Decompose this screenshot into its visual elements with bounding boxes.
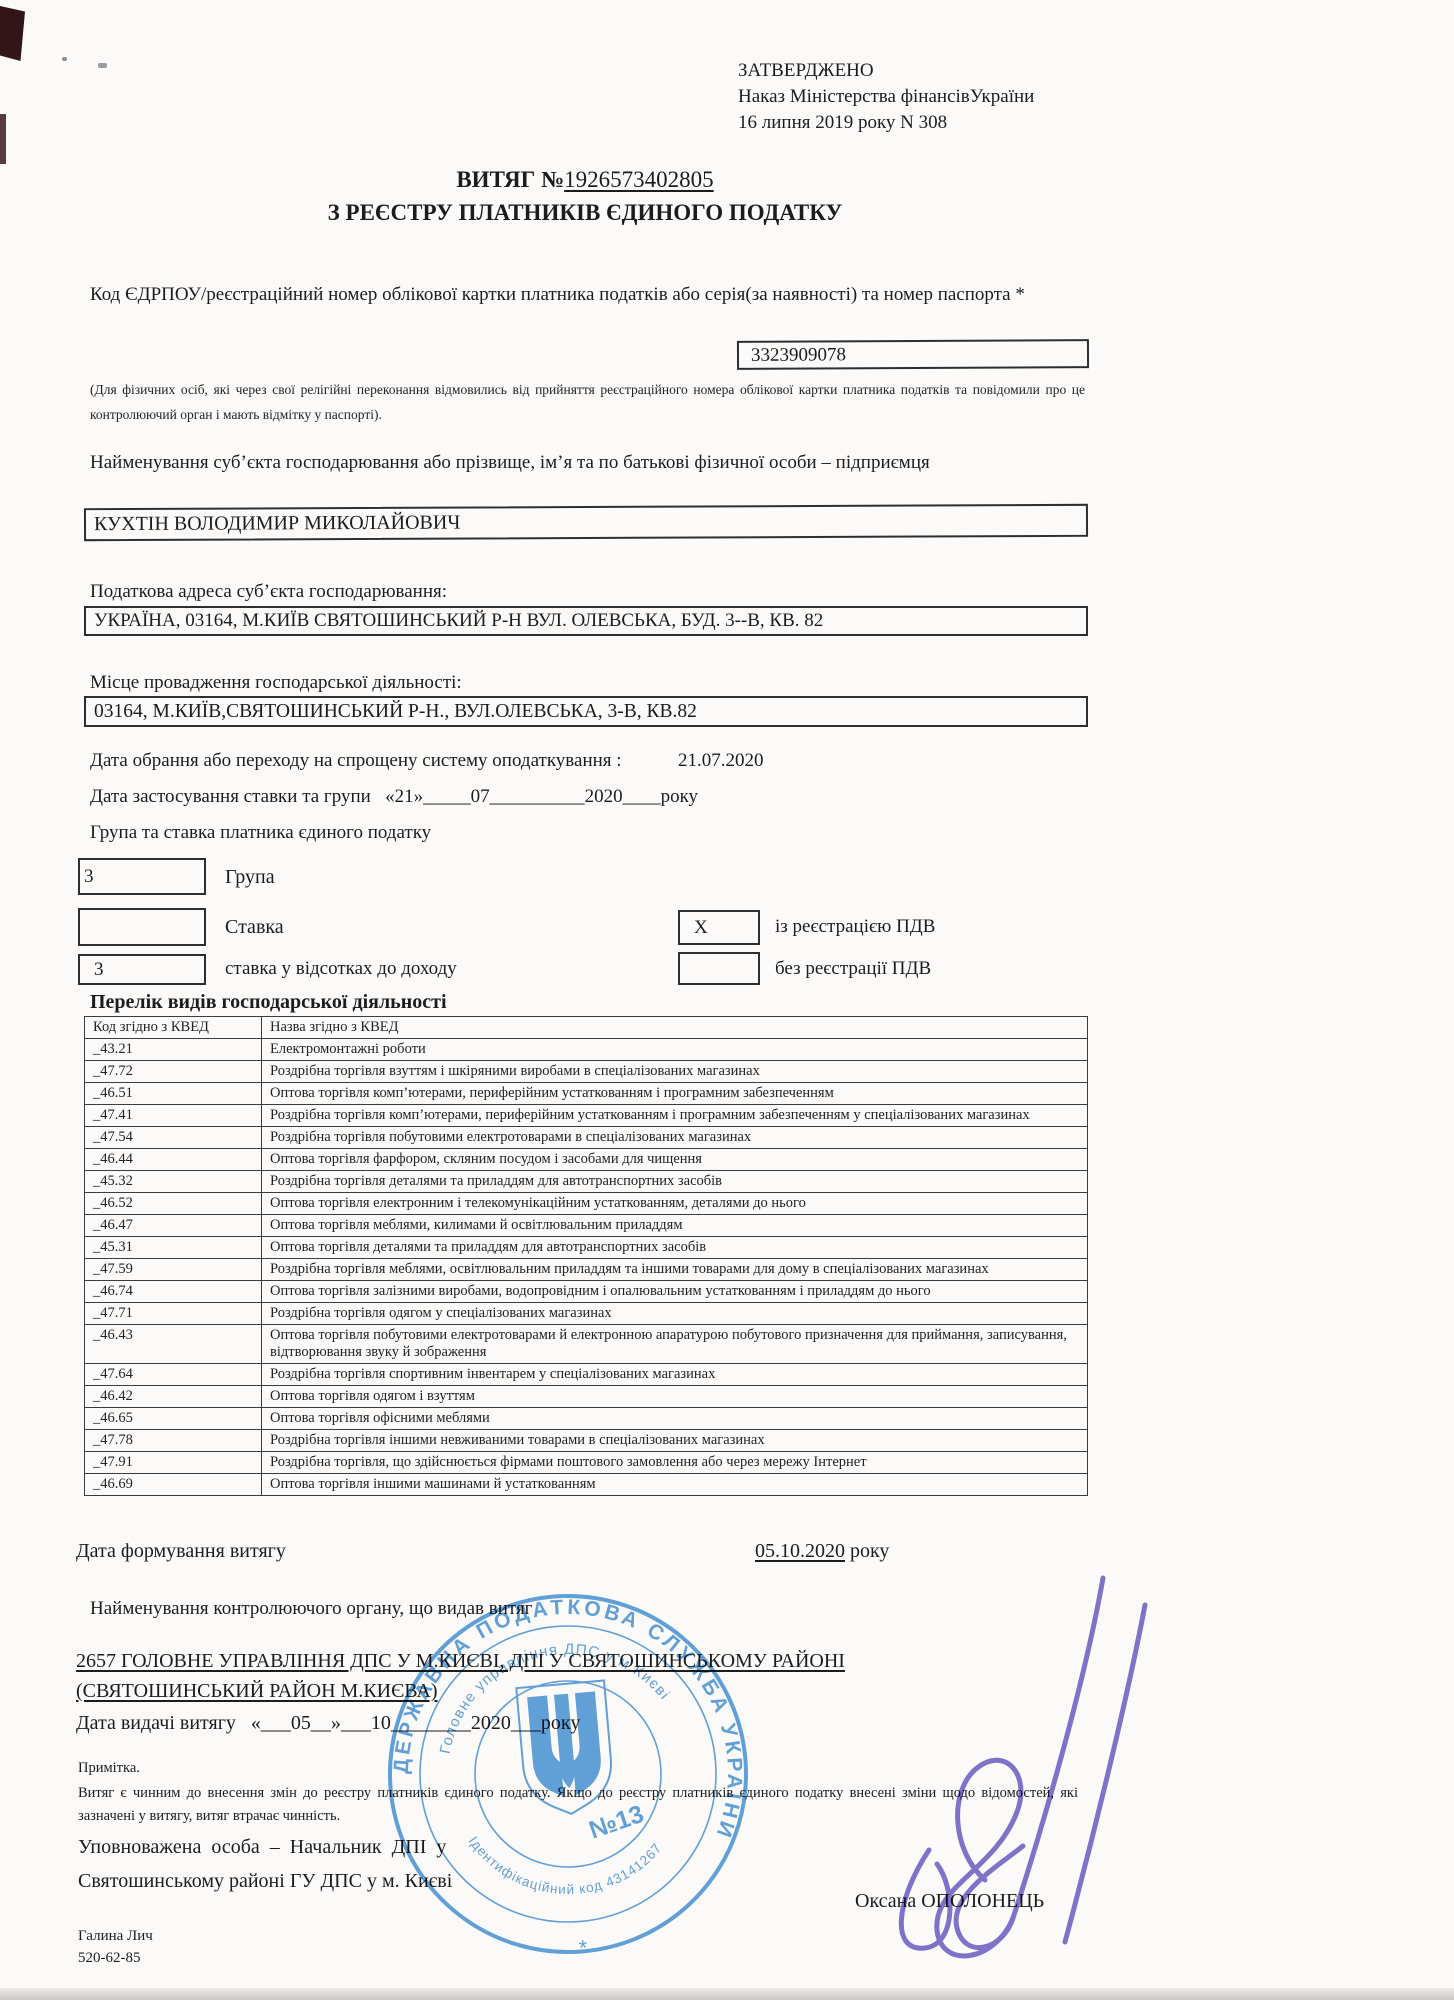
tax-office-stamp: ДЕРЖАВНА ПОДАТКОВА СЛУЖБА УКРАЇНИ Головн… — [366, 1572, 769, 1975]
kved-row: _46.52Оптова торгівля електронним і теле… — [85, 1193, 1088, 1215]
rate-date-label: Дата застосування ставки та групи — [90, 786, 371, 807]
title-prefix: ВИТЯГ № — [456, 167, 564, 192]
kved-name-cell: Оптова торгівля деталями та приладдям дл… — [262, 1237, 1088, 1259]
subject-label: Найменування суб’єкта господарювання або… — [90, 452, 930, 474]
business-place-label: Місце провадження господарської діяльнос… — [90, 672, 462, 694]
stamp-star: * — [578, 1935, 589, 1961]
kved-name-cell: Оптова торгівля іншими машинами й устатк… — [262, 1474, 1088, 1496]
kved-row: _46.69Оптова торгівля іншими машинами й … — [85, 1474, 1088, 1496]
scan-artifact — [0, 1988, 1454, 2000]
edrpou-value: 3323909078 — [751, 344, 846, 366]
kved-name-cell: Оптова торгівля меблями, килимами й осві… — [262, 1215, 1088, 1237]
rate-date-value: «21»_____07__________2020____року — [385, 786, 698, 807]
kved-row: _45.32Роздрібна торгівля деталями та при… — [85, 1171, 1088, 1193]
tax-address-box: УКРАЇНА, 03164, М.КИЇВ СВЯТОШИНСЬКИЙ Р-Н… — [84, 606, 1088, 636]
edrpou-note: (Для фізичних осіб, які через свої реліг… — [90, 377, 1085, 427]
kved-name-cell: Роздрібна торгівля деталями та приладдям… — [262, 1171, 1088, 1193]
approval-line2: Наказ Міністерства фінансівУкраїни — [738, 84, 1034, 110]
kved-code-cell: _46.52 — [85, 1193, 262, 1215]
kved-name-cell: Роздрібна торгівля взуттям і шкіряними в… — [262, 1061, 1088, 1083]
group-value: 3 — [84, 866, 94, 888]
kved-row: _46.47Оптова торгівля меблями, килимами … — [85, 1215, 1088, 1237]
kved-table-body: _43.21Електромонтажні роботи_47.72Роздрі… — [85, 1039, 1088, 1496]
rate-value-box — [78, 908, 206, 946]
kved-name-cell: Оптова торгівля комп’ютерами, периферійн… — [262, 1083, 1088, 1105]
percent-value-box: 3 — [78, 954, 206, 985]
kved-code-cell: _47.64 — [85, 1364, 262, 1386]
activities-table-wrap: Код згідно з КВЕД Назва згідно з КВЕД _4… — [84, 1016, 1088, 1496]
title-number: 1926573402805 — [564, 167, 714, 192]
kved-code-cell: _47.91 — [85, 1452, 262, 1474]
document-title: ВИТЯГ №1926573402805 З РЕЄСТРУ ПЛАТНИКІВ… — [85, 163, 1085, 229]
kved-name-cell: Оптова торгівля електронним і телекомуні… — [262, 1193, 1088, 1215]
kved-name-cell: Оптова торгівля одягом і взуттям — [262, 1386, 1088, 1408]
kved-row: _47.71Роздрібна торгівля одягом у спеціа… — [85, 1303, 1088, 1325]
kved-row: _46.43Оптова торгівля побутовими електро… — [85, 1325, 1088, 1364]
kved-code-cell: _43.21 — [85, 1039, 262, 1061]
kved-code-cell: _46.43 — [85, 1325, 262, 1364]
percent-value: 3 — [94, 959, 104, 981]
kved-row: _47.78Роздрібна торгівля іншими невживан… — [85, 1430, 1088, 1452]
note-title: Примітка. — [78, 1760, 140, 1777]
kved-code-cell: _46.69 — [85, 1474, 262, 1496]
activities-title: Перелік видів господарської діяльності — [90, 991, 447, 1014]
scan-artifact — [98, 63, 107, 68]
kved-name-cell: Роздрібна торгівля спортивним інвентарем… — [262, 1364, 1088, 1386]
group-label: Група — [225, 866, 275, 889]
kved-code-cell: _46.47 — [85, 1215, 262, 1237]
handwritten-signature — [845, 1550, 1215, 1980]
kved-row: _47.91Роздрібна торгівля, що здійснюєтьс… — [85, 1452, 1088, 1474]
kved-row: _47.64Роздрібна торгівля спортивним інве… — [85, 1364, 1088, 1386]
kved-code-cell: _46.44 — [85, 1149, 262, 1171]
kved-name-header: Назва згідно з КВЕД — [262, 1017, 1088, 1039]
scan-artifact — [0, 114, 6, 164]
edrpou-label: Код ЄДРПОУ/реєстраційний номер облікової… — [90, 278, 1035, 311]
vat-yes-value: X — [694, 917, 708, 939]
edrpou-value-box: 3323909078 — [737, 339, 1089, 370]
issue-date-label: Дата видачі витягу — [76, 1712, 236, 1734]
kved-row: _46.51Оптова торгівля комп’ютерами, пери… — [85, 1083, 1088, 1105]
kved-code-cell: _46.42 — [85, 1386, 262, 1408]
kved-code-cell: _47.59 — [85, 1259, 262, 1281]
kved-row: _45.31Оптова торгівля деталями та прилад… — [85, 1237, 1088, 1259]
election-date-value: 21.07.2020 — [678, 750, 764, 772]
kved-row: _47.54Роздрібна торгівля побутовими елек… — [85, 1127, 1088, 1149]
stamp-code-text: Ідентифікаційний код 43141267 — [465, 1818, 668, 1906]
footer-contact-name: Галина Лич — [78, 1928, 153, 1945]
kved-name-cell: Оптова торгівля фарфором, скляним посудо… — [262, 1149, 1088, 1171]
subject-value: КУХТІН ВОЛОДИМИР МИКОЛАЙОВИЧ — [94, 512, 460, 537]
kved-name-cell: Роздрібна торгівля побутовими електротов… — [262, 1127, 1088, 1149]
tax-address-label: Податкова адреса суб’єкта господарювання… — [90, 581, 447, 603]
kved-name-cell: Роздрібна торгівля, що здійснюється фірм… — [262, 1452, 1088, 1474]
formation-date-value: 05.10.2020 — [755, 1540, 845, 1562]
approval-line3: 16 липня 2019 року N 308 — [738, 110, 1034, 136]
formation-date-label: Дата формування витягу — [76, 1540, 286, 1563]
kved-code-cell: _47.54 — [85, 1127, 262, 1149]
business-place-box: 03164, М.КИЇВ,СВЯТОШИНСЬКИЙ Р-Н., ВУЛ.ОЛ… — [84, 696, 1088, 727]
footer-contact-phone: 520-62-85 — [78, 1950, 141, 1967]
title-line1: ВИТЯГ №1926573402805 — [85, 163, 1085, 196]
vat-yes-box: X — [678, 910, 760, 945]
stamp-number: №13 — [586, 1800, 648, 1845]
group-value-box: 3 — [78, 858, 206, 895]
title-line2: З РЕЄСТРУ ПЛАТНИКІВ ЄДИНОГО ПОДАТКУ — [85, 196, 1085, 229]
kved-row: _47.59Роздрібна торгівля меблями, освітл… — [85, 1259, 1088, 1281]
scanned-document-page: ЗАТВЕРДЖЕНО Наказ Міністерства фінансівУ… — [0, 0, 1454, 2000]
business-place-value: 03164, М.КИЇВ,СВЯТОШИНСЬКИЙ Р-Н., ВУЛ.ОЛ… — [94, 701, 697, 723]
rate-date-line: Дата застосування ставки та групи «21»__… — [90, 786, 698, 808]
kved-name-cell: Оптова торгівля залізними виробами, водо… — [262, 1281, 1088, 1303]
stamp-graphics: ДЕРЖАВНА ПОДАТКОВА СЛУЖБА УКРАЇНИ Головн… — [375, 1581, 762, 1976]
kved-row: _46.74Оптова торгівля залізними виробами… — [85, 1281, 1088, 1303]
rate-label: Ставка — [225, 916, 284, 939]
election-date-label: Дата обрання або переходу на спрощену си… — [90, 750, 622, 772]
kved-header-row: Код згідно з КВЕД Назва згідно з КВЕД — [85, 1017, 1088, 1039]
kved-name-cell: Електромонтажні роботи — [262, 1039, 1088, 1061]
kved-code-cell: _45.31 — [85, 1237, 262, 1259]
kved-code-cell: _46.65 — [85, 1408, 262, 1430]
kved-row: _43.21Електромонтажні роботи — [85, 1039, 1088, 1061]
group-section-title: Група та ставка платника єдиного податку — [90, 822, 431, 844]
kved-row: _46.42Оптова торгівля одягом і взуттям — [85, 1386, 1088, 1408]
scan-artifact — [0, 6, 25, 61]
kved-code-cell: _47.41 — [85, 1105, 262, 1127]
kved-name-cell: Оптова торгівля офісними меблями — [262, 1408, 1088, 1430]
kved-row: _46.44Оптова торгівля фарфором, скляним … — [85, 1149, 1088, 1171]
vat-no-label: без реєстрації ПДВ — [775, 958, 931, 980]
kved-code-cell: _47.71 — [85, 1303, 262, 1325]
approval-block: ЗАТВЕРДЖЕНО Наказ Міністерства фінансівУ… — [738, 58, 1034, 136]
kved-code-cell: _45.32 — [85, 1171, 262, 1193]
kved-code-cell: _47.78 — [85, 1430, 262, 1452]
approval-line1: ЗАТВЕРДЖЕНО — [738, 58, 1034, 84]
kved-row: _47.72Роздрібна торгівля взуттям і шкіря… — [85, 1061, 1088, 1083]
kved-name-cell: Роздрібна торгівля меблями, освітлювальн… — [262, 1259, 1088, 1281]
kved-table: Код згідно з КВЕД Назва згідно з КВЕД _4… — [84, 1016, 1088, 1496]
kved-name-cell: Роздрібна торгівля одягом у спеціалізова… — [262, 1303, 1088, 1325]
kved-code-header: Код згідно з КВЕД — [85, 1017, 262, 1039]
kved-row: _46.65Оптова торгівля офісними меблями — [85, 1408, 1088, 1430]
kved-code-cell: _46.74 — [85, 1281, 262, 1303]
vat-yes-label: із реєстрацією ПДВ — [775, 916, 935, 938]
trident-icon — [516, 1681, 615, 1818]
tax-address-value: УКРАЇНА, 03164, М.КИЇВ СВЯТОШИНСЬКИЙ Р-Н… — [94, 610, 823, 632]
kved-name-cell: Роздрібна торгівля комп’ютерами, перифер… — [262, 1105, 1088, 1127]
scan-artifact — [62, 57, 67, 61]
svg-text:Ідентифікаційний код 43141267: Ідентифікаційний код 43141267 — [465, 1818, 668, 1906]
kved-name-cell: Роздрібна торгівля іншими невживаними то… — [262, 1430, 1088, 1452]
kved-row: _47.41Роздрібна торгівля комп’ютерами, п… — [85, 1105, 1088, 1127]
kved-name-cell: Оптова торгівля побутовими електротовара… — [262, 1325, 1088, 1364]
percent-label: ставка у відсотках до доходу — [225, 958, 457, 980]
kved-code-cell: _46.51 — [85, 1083, 262, 1105]
vat-no-box — [678, 952, 760, 985]
subject-value-box: КУХТІН ВОЛОДИМИР МИКОЛАЙОВИЧ — [84, 504, 1088, 541]
kved-code-cell: _47.72 — [85, 1061, 262, 1083]
